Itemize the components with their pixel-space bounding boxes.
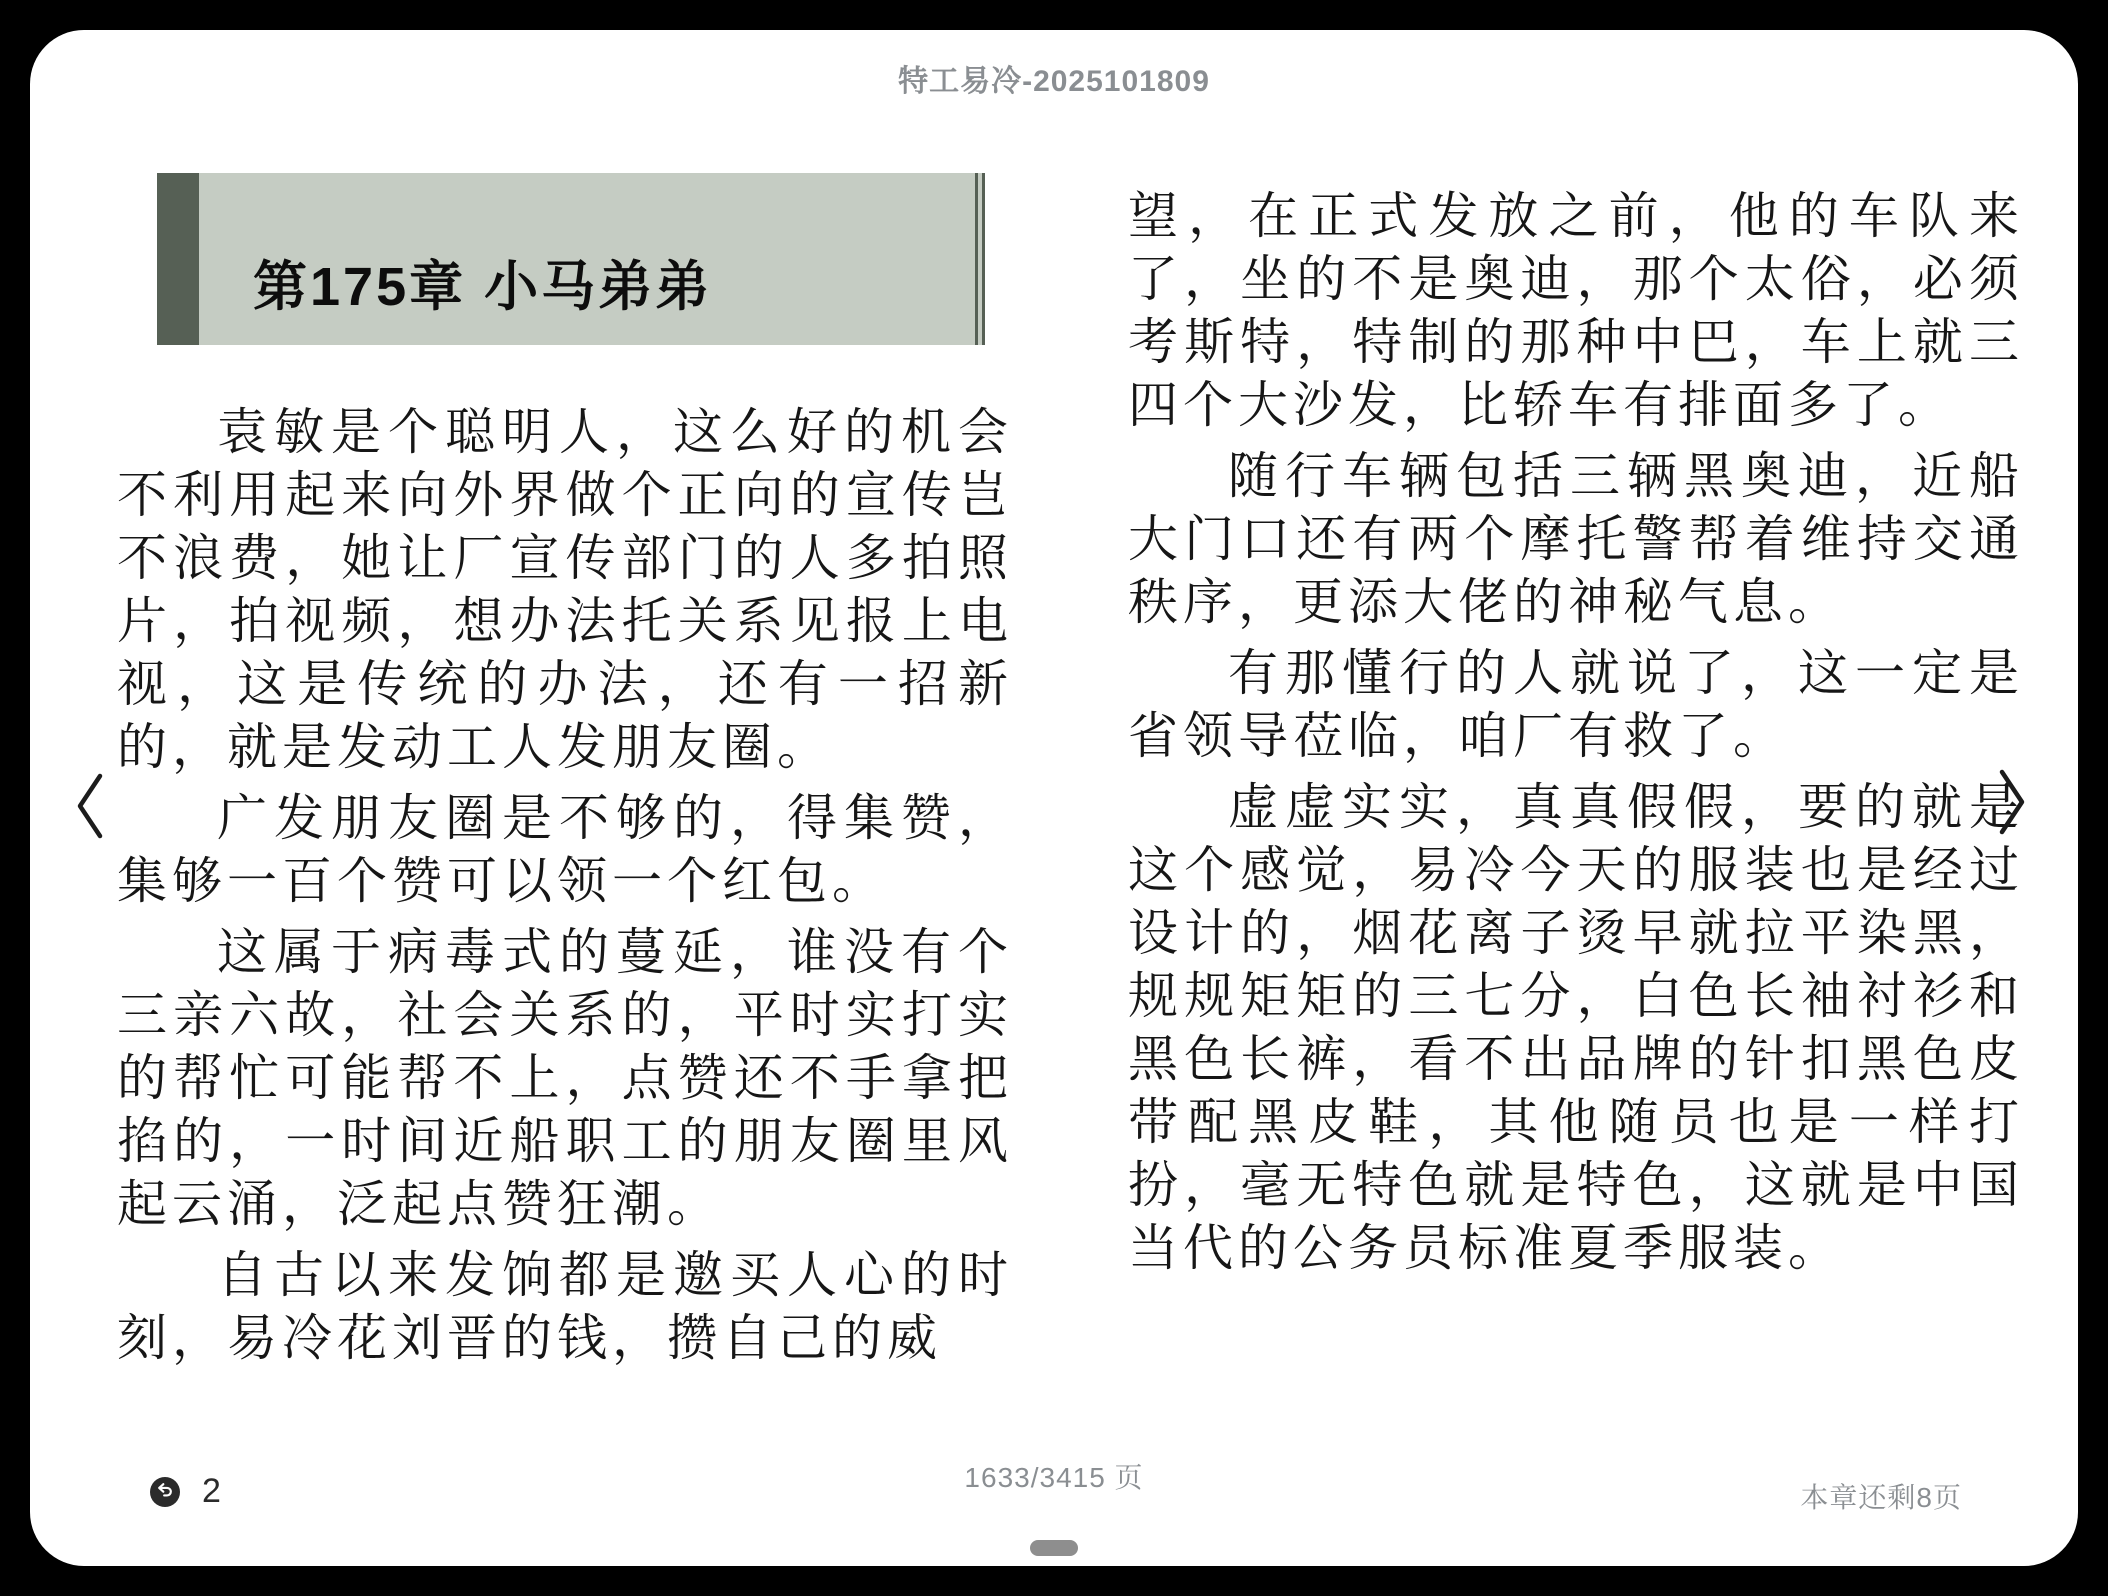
text-column-right: 望，在正式发放之前，他的车队来了，坐的不是奥迪，那个太俗，必须考斯特，特制的那种…: [1128, 185, 2024, 1288]
text-column-left: 第175章 小马弟弟 袁敏是个聪明人，这么好的机会不利用起来向外界做个正向的宣传…: [117, 173, 1013, 1378]
paragraph: 有那懂行的人就说了，这一定是省领导莅临，咱厂有救了。: [1128, 642, 2024, 768]
chapter-header-accent-bar: [157, 173, 199, 345]
paragraph: 自古以来发饷都是邀买人心的时刻，易冷花刘晋的钱，攒自己的威: [117, 1244, 1013, 1370]
paragraph: 随行车辆包括三辆黑奥迪，近船大门口还有两个摩托警帮着维持交通秩序，更添大佬的神秘…: [1128, 445, 2024, 634]
right-column-paragraphs: 望，在正式发放之前，他的车队来了，坐的不是奥迪，那个太俗，必须考斯特，特制的那种…: [1128, 185, 2024, 1280]
paragraph: 虚虚实实，真真假假，要的就是这个感觉，易冷今天的服装也是经过设计的，烟花离子烫早…: [1128, 776, 2024, 1280]
prev-page-button[interactable]: [70, 770, 110, 842]
reader-page: 特工易冷-2025101809 第175章 小马弟弟 袁敏是个聪明人，这么好的机…: [30, 30, 2078, 1566]
device-screen: 特工易冷-2025101809 第175章 小马弟弟 袁敏是个聪明人，这么好的机…: [0, 0, 2108, 1596]
chevron-right-icon: [1992, 826, 2032, 841]
chapter-header-box: 第175章 小马弟弟: [157, 173, 985, 345]
paragraph: 袁敏是个聪明人，这么好的机会不利用起来向外界做个正向的宣传岂不浪费，她让厂宣传部…: [117, 401, 1013, 779]
chapter-title: 第175章 小马弟弟: [157, 244, 712, 345]
left-column-paragraphs: 袁敏是个聪明人，这么好的机会不利用起来向外界做个正向的宣传岂不浪费，她让厂宣传部…: [117, 401, 1013, 1370]
paragraph: 广发朋友圈是不够的，得集赞，集够一百个赞可以领一个红包。: [117, 787, 1013, 913]
home-indicator-pill[interactable]: [1030, 1540, 1078, 1556]
chapter-remaining-label: 本章还剩8页: [1800, 1476, 1962, 1516]
next-page-button[interactable]: [1992, 766, 2032, 838]
paragraph: 望，在正式发放之前，他的车队来了，坐的不是奥迪，那个太俗，必须考斯特，特制的那种…: [1128, 185, 2024, 437]
book-title: 特工易冷-2025101809: [30, 56, 2078, 100]
paragraph: 这属于病毒式的蔓延，谁没有个三亲六故，社会关系的，平时实打实的帮忙可能帮不上，点…: [117, 921, 1013, 1236]
page-indicator: 1633/3415 页: [30, 1456, 2078, 1496]
chevron-left-icon: [70, 830, 110, 845]
